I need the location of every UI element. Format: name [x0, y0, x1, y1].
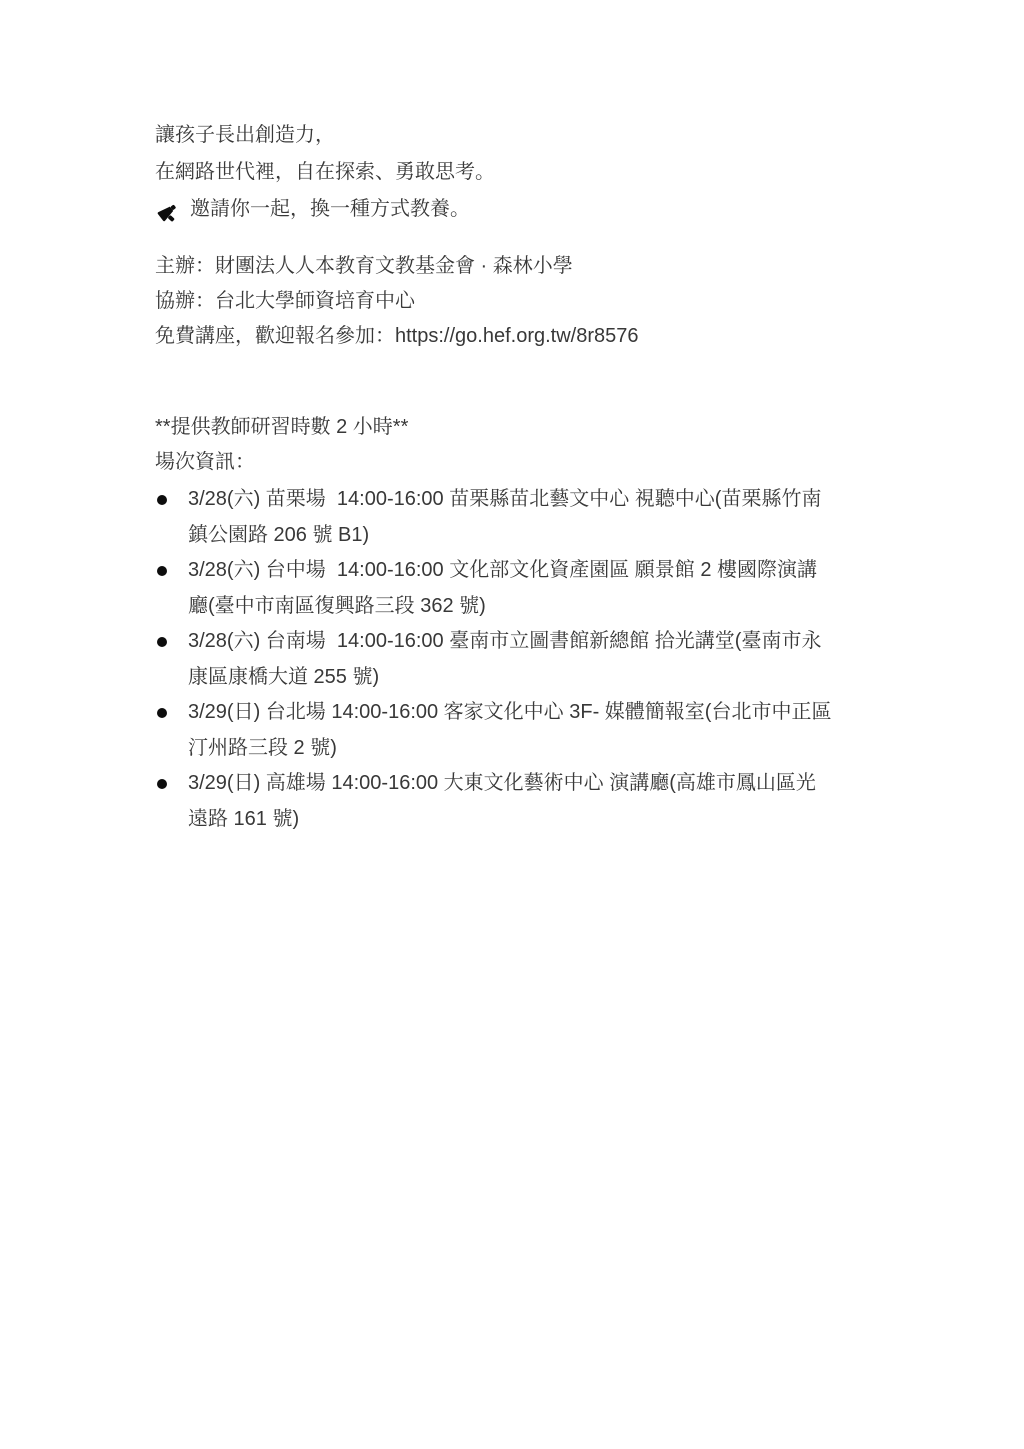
session-item-tainan: 3/28(六) 台南場 14:00-16:00 臺南市立圖書館新總館 拾光講堂(…: [155, 624, 890, 695]
megaphone-icon: [155, 197, 181, 223]
bullet-cell: [155, 553, 188, 624]
session-line-2: 廳(臺中市南區復興路三段 362 號): [188, 595, 486, 617]
session-line-2: 鎮公園路 206 號 B1): [188, 524, 369, 546]
bullet-cell: [155, 695, 188, 766]
session-list: 3/28(六) 苗栗場 14:00-16:00 苗栗縣苗北藝文中心 視聽中心(苗…: [155, 482, 890, 837]
bullet-icon: [157, 637, 167, 647]
teacher-credit-note: **提供教師研習時數 2 小時**: [155, 410, 408, 445]
session-list-label: 場次資訊：: [155, 445, 408, 480]
session-line-2: 汀州路三段 2 號): [188, 737, 337, 759]
session-line-1: 3/29(日) 台北場 14:00-16:00 客家文化中心 3F- 媒體簡報室…: [188, 701, 831, 723]
registration-label: 免費講座，歡迎報名參加：: [155, 325, 395, 347]
co-host-line: 協辦：台北大學師資培育中心: [155, 284, 639, 319]
intro-line-2: 在網路世代裡，自在探索、勇敢思考。: [155, 154, 495, 191]
session-text: 3/29(日) 高雄場 14:00-16:00 大東文化藝術中心 演講廳(高雄市…: [188, 766, 890, 837]
session-text: 3/28(六) 台中場 14:00-16:00 文化部文化資產園區 願景館 2 …: [188, 553, 890, 624]
bullet-icon: [157, 566, 167, 576]
bullet-cell: [155, 482, 188, 553]
organizers-section: 主辦：財團法人人本教育文教基金會 · 森林小學 協辦：台北大學師資培育中心 免費…: [155, 249, 639, 354]
session-item-taipei: 3/29(日) 台北場 14:00-16:00 客家文化中心 3F- 媒體簡報室…: [155, 695, 890, 766]
session-text: 3/28(六) 苗栗場 14:00-16:00 苗栗縣苗北藝文中心 視聽中心(苗…: [188, 482, 890, 553]
session-header-section: **提供教師研習時數 2 小時** 場次資訊：: [155, 410, 408, 480]
session-line-1: 3/29(日) 高雄場 14:00-16:00 大東文化藝術中心 演講廳(高雄市…: [188, 772, 816, 794]
intro-line-3: 邀請你一起，換一種方式教養。: [155, 191, 495, 228]
session-text: 3/28(六) 台南場 14:00-16:00 臺南市立圖書館新總館 拾光講堂(…: [188, 624, 890, 695]
session-item-miaoli: 3/28(六) 苗栗場 14:00-16:00 苗栗縣苗北藝文中心 視聽中心(苗…: [155, 482, 890, 553]
session-item-taichung: 3/28(六) 台中場 14:00-16:00 文化部文化資產園區 願景館 2 …: [155, 553, 890, 624]
session-line-2: 康區康橋大道 255 號): [188, 666, 379, 688]
registration-line: 免費講座，歡迎報名參加：https://go.hef.org.tw/8r8576: [155, 319, 639, 354]
bullet-cell: [155, 766, 188, 837]
bullet-cell: [155, 624, 188, 695]
session-line-1: 3/28(六) 苗栗場 14:00-16:00 苗栗縣苗北藝文中心 視聽中心(苗…: [188, 488, 821, 510]
document-page: 讓孩子長出創造力， 在網路世代裡，自在探索、勇敢思考。 邀請你一起，換一種方式教…: [0, 0, 1024, 1449]
intro-section: 讓孩子長出創造力， 在網路世代裡，自在探索、勇敢思考。 邀請你一起，換一種方式教…: [155, 117, 495, 228]
session-item-kaohsiung: 3/29(日) 高雄場 14:00-16:00 大東文化藝術中心 演講廳(高雄市…: [155, 766, 890, 837]
registration-url[interactable]: https://go.hef.org.tw/8r8576: [395, 325, 639, 347]
session-line-1: 3/28(六) 台南場 14:00-16:00 臺南市立圖書館新總館 拾光講堂(…: [188, 630, 821, 652]
bullet-icon: [157, 495, 167, 505]
session-line-2: 遠路 161 號): [188, 808, 299, 830]
intro-line-3-text: 邀請你一起，換一種方式教養。: [190, 191, 470, 228]
intro-line-1: 讓孩子長出創造力，: [155, 117, 495, 154]
bullet-icon: [157, 708, 167, 718]
host-line: 主辦：財團法人人本教育文教基金會 · 森林小學: [155, 249, 639, 284]
session-line-1: 3/28(六) 台中場 14:00-16:00 文化部文化資產園區 願景館 2 …: [188, 559, 817, 581]
session-text: 3/29(日) 台北場 14:00-16:00 客家文化中心 3F- 媒體簡報室…: [188, 695, 890, 766]
bullet-icon: [157, 779, 167, 789]
